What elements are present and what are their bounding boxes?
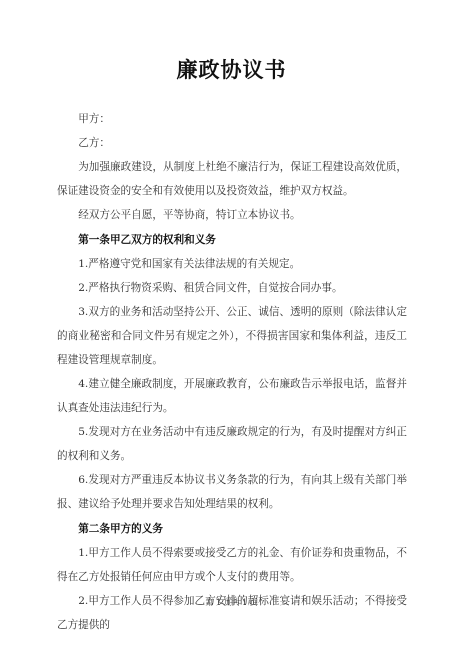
section-heading-2: 第二条甲方的义务 — [57, 517, 407, 541]
section-1-item: 2.严格执行物资采购、租赁合同文件，自觉按合同办事。 — [57, 276, 407, 300]
section-1-item: 6.发现对方严重违反本协议书义务条款的行为，有向其上级有关部门举报、建议给予处理… — [57, 468, 407, 516]
page-footer: 第 1 页共 1 页 — [0, 597, 463, 608]
section-2-item: 1.甲方工作人员不得索要或接受乙方的礼金、有价证券和贵重物品，不得在乙方处报销任… — [57, 541, 407, 589]
document-body: 甲方： 乙方： 为加强廉政建设，从制度上杜绝不廉洁行为，保证工程建设高效优质，保… — [57, 107, 407, 637]
preamble-paragraph: 为加强廉政建设，从制度上杜绝不廉洁行为，保证工程建设高效优质，保证建设资金的安全… — [57, 155, 407, 203]
section-1-item: 4.建立健全廉政制度，开展廉政教育，公布廉政告示举报电话，监督并认真查处违法违纪… — [57, 372, 407, 420]
document-page: 廉政协议书 甲方： 乙方： 为加强廉政建设，从制度上杜绝不廉洁行为，保证工程建设… — [0, 0, 463, 655]
section-1-item: 3.双方的业务和活动坚持公开、公正、诚信、透明的原则（除法律认定的商业秘密和合同… — [57, 300, 407, 372]
party-a-line: 甲方： — [57, 107, 407, 131]
section-heading-1: 第一条甲乙双方的权利和义务 — [57, 228, 407, 252]
agreement-paragraph: 经双方公平自愿，平等协商，特订立本协议书。 — [57, 203, 407, 227]
section-1-item: 5.发现对方在业务活动中有违反廉政规定的行为，有及时提醒对方纠正的权利和义务。 — [57, 420, 407, 468]
section-1-item: 1.严格遵守党和国家有关法律法规的有关规定。 — [57, 252, 407, 276]
document-title: 廉政协议书 — [0, 54, 463, 84]
party-b-line: 乙方： — [57, 131, 407, 155]
